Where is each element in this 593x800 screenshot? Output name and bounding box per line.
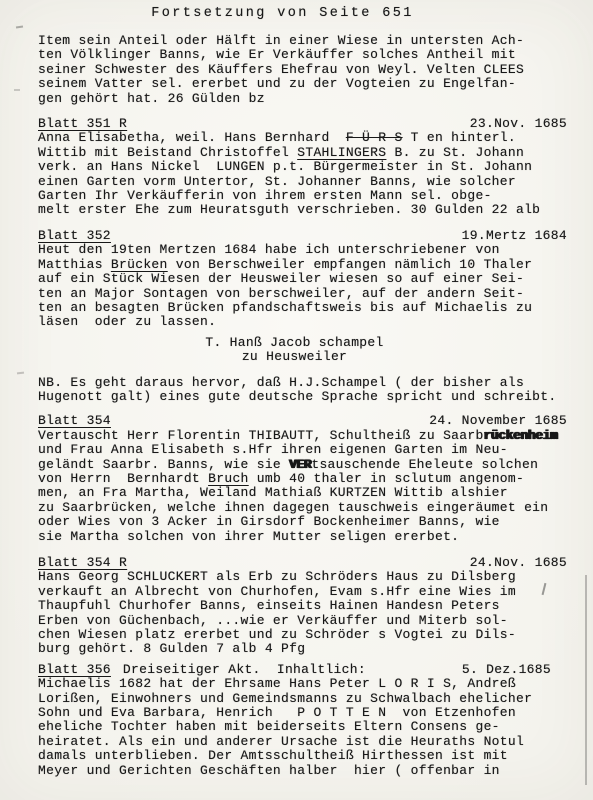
underlined-name: Brücken <box>111 257 168 272</box>
struck-name: F Ü R S <box>346 130 403 145</box>
overtyped-text: VER <box>289 457 311 472</box>
text-line: gen gehört hat. 26 Gülden bz <box>38 92 567 106</box>
text-line: Garten Ihr Verkäufferin von ihrem ersten… <box>38 189 567 203</box>
section-blatt-356: Blatt 356Dreiseitiger Akt. Inhaltlich: 5… <box>38 663 567 778</box>
text-segment: von Herrn Bernhardt <box>38 471 208 486</box>
text-segment: geländt Saarbr. Banns, wie sie <box>38 457 289 472</box>
text-segment: Anna Elisabetha, weil. Hans Bernhard <box>38 130 346 145</box>
document-page: Fortsetzung von Seite 651 Item sein Ante… <box>0 0 593 800</box>
section-blatt-352: Blatt 352 19.Mertz 1684 Heut den 19ten M… <box>38 229 567 330</box>
text-line: ten an besagten Brücken pfandschaftsweis… <box>38 301 567 315</box>
text-line: Matthias Brücken von Berschweiler empfan… <box>38 258 567 272</box>
text-line: geländt Saarbr. Banns, wie sie VERtsausc… <box>38 458 567 472</box>
text-line: seiner Schwester des Käuffers Ehefrau vo… <box>38 63 567 77</box>
text-line: Thaupfuhl Churhofer Banns, einseits Hain… <box>38 599 567 613</box>
text-segment: umb 40 thaler in sclutum angenom- <box>249 471 524 486</box>
text-line: damals unterblieben. Der Amtsschultheiß … <box>38 749 567 763</box>
scan-artifact-dash <box>14 89 20 91</box>
text-line: verk. an Hans Nickel LUNGEN p.t. Bürgerm… <box>38 160 567 174</box>
text-line: melt erster Ehe zum Heuratsguth verschri… <box>38 203 567 217</box>
signature-block: T. Hanß Jacob schampel zu Heusweiler <box>30 336 559 365</box>
section-date: 5. Dez.1685 <box>462 663 551 677</box>
section-header-row: Blatt 354 24. November 1685 <box>38 414 567 428</box>
text-line: zu Saarbrücken, welche ihnen dagegen tau… <box>38 501 567 515</box>
text-line: Hugenott galt) eines gute deutsche Sprac… <box>38 390 567 404</box>
section-header-row: Blatt 352 19.Mertz 1684 <box>38 229 567 243</box>
section-date: 23.Nov. 1685 <box>470 117 567 131</box>
text-line: läsen oder zu lassen. <box>38 315 567 329</box>
page-title: Fortsetzung von Seite 651 <box>18 6 547 22</box>
text-segment: Vertauscht Herr Florentin THIBAUTT, Schu… <box>38 428 484 443</box>
section-blatt-351r: Blatt 351 R 23.Nov. 1685 Anna Elisabetha… <box>38 117 567 218</box>
text-line: sie Martha solchen von ihrer Mutter seli… <box>38 530 567 544</box>
signature-line: zu Heusweiler <box>30 350 559 364</box>
section-header-row: Blatt 356Dreiseitiger Akt. Inhaltlich: 5… <box>38 663 567 677</box>
section-date: 19.Mertz 1684 <box>462 229 567 243</box>
text-line: von Herrn Bernhardt Bruch umb 40 thaler … <box>38 472 567 486</box>
section-header-row: Blatt 354 R 24.Nov. 1685 <box>38 556 567 570</box>
text-line: men, an Fra Martha, Weiland Mathiaß KURT… <box>38 486 567 500</box>
text-segment: tsauschende Eheleute solchen <box>311 457 538 472</box>
overtyped-text: rückenheim <box>484 428 558 443</box>
text-line: auf ein Stück Wiesen der Heusweiler wies… <box>38 272 567 286</box>
text-segment: B. zu St. Johann <box>386 145 524 160</box>
text-segment: Matthias <box>38 257 111 272</box>
section-heading: Blatt 356 <box>38 662 111 677</box>
section-header-row: Blatt 351 R 23.Nov. 1685 <box>38 117 567 131</box>
text-line: Meyer und Gerichten Geschäften halber hi… <box>38 764 567 778</box>
section-heading: Blatt 354 <box>38 414 111 428</box>
text-line: burg gehört. 8 Gulden 7 alb 4 Pfg <box>38 642 567 656</box>
nota-bene-paragraph: NB. Es geht daraus hervor, daß H.J.Scham… <box>38 376 567 405</box>
scan-artifact-dash <box>17 372 24 375</box>
intro-paragraph: Item sein Anteil oder Hälft in einer Wie… <box>38 34 567 106</box>
signature-line: T. Hanß Jacob schampel <box>30 336 559 350</box>
text-line: oder Wies von 3 Acker in Girsdorf Bocken… <box>38 515 567 529</box>
text-segment: von Berschweiler empfangen nämlich 10 Th… <box>168 257 533 272</box>
section-blatt-354: Blatt 354 24. November 1685 Vertauscht H… <box>38 414 567 544</box>
text-line: Erben von Güchenbach, ...wie er Verkäuff… <box>38 614 567 628</box>
section-date: 24.Nov. 1685 <box>470 556 567 570</box>
text-line: Anna Elisabetha, weil. Hans Bernhard F Ü… <box>38 131 567 145</box>
text-line: chen Wiesen platz ererbet und zu Schröde… <box>38 628 567 642</box>
section-blatt-354r: Blatt 354 R 24.Nov. 1685 Hans Georg SCHL… <box>38 556 567 657</box>
scan-artifact-dash <box>16 26 23 29</box>
underlined-name: STAHLINGERS <box>297 145 386 160</box>
text-line: ten Völklinger Banns, wie Er Verkäuffer … <box>38 48 567 62</box>
scan-artifact-edge-line <box>585 575 587 785</box>
text-line: ten an Major Sontagen von berschweiler, … <box>38 287 567 301</box>
section-heading: Blatt 352 <box>38 229 111 243</box>
text-segment: Wittib mit Beistand Christoffel <box>38 145 297 160</box>
text-line: heiratet. Als ein und anderer Ursache is… <box>38 735 567 749</box>
text-line: Sohn und Eva Barbara, Henrich P O T T E … <box>38 706 567 720</box>
text-line: Lorißen, Einwohners und Gemeindsmanns zu… <box>38 692 567 706</box>
section-subtitle: Dreiseitiger Akt. Inhaltlich: <box>123 662 366 677</box>
text-line: Michaelis 1682 hat der Ehrsame Hans Pete… <box>38 677 567 691</box>
underlined-name: Bruch <box>208 471 249 486</box>
text-line: und Frau Anna Elisabeth s.Hfr ihren eige… <box>38 443 567 457</box>
text-line: Item sein Anteil oder Hälft in einer Wie… <box>38 34 567 48</box>
text-line: eheliche Tochter haben mit beiderseits E… <box>38 720 567 734</box>
section-date: 24. November 1685 <box>429 414 567 428</box>
text-line: seinem Vatter sel. ererbet und zu der Vo… <box>38 77 567 91</box>
text-segment: T en hinterl. <box>403 130 516 145</box>
section-heading: Blatt 354 R <box>38 556 127 570</box>
text-line: Vertauscht Herr Florentin THIBAUTT, Schu… <box>38 429 567 443</box>
text-line: verkauft an Albrecht von Churhofen, Evam… <box>38 585 567 599</box>
heading-group: Blatt 356Dreiseitiger Akt. Inhaltlich: <box>38 663 366 677</box>
section-heading: Blatt 351 R <box>38 117 127 131</box>
text-line: Heut den 19ten Mertzen 1684 habe ich unt… <box>38 243 567 257</box>
text-line: Wittib mit Beistand Christoffel STAHLING… <box>38 146 567 160</box>
text-line: NB. Es geht daraus hervor, daß H.J.Scham… <box>38 376 567 390</box>
text-line: Hans Georg SCHLUCKERT als Erb zu Schröde… <box>38 570 567 584</box>
text-line: einen Garten vorm Untertor, St. Johanner… <box>38 175 567 189</box>
